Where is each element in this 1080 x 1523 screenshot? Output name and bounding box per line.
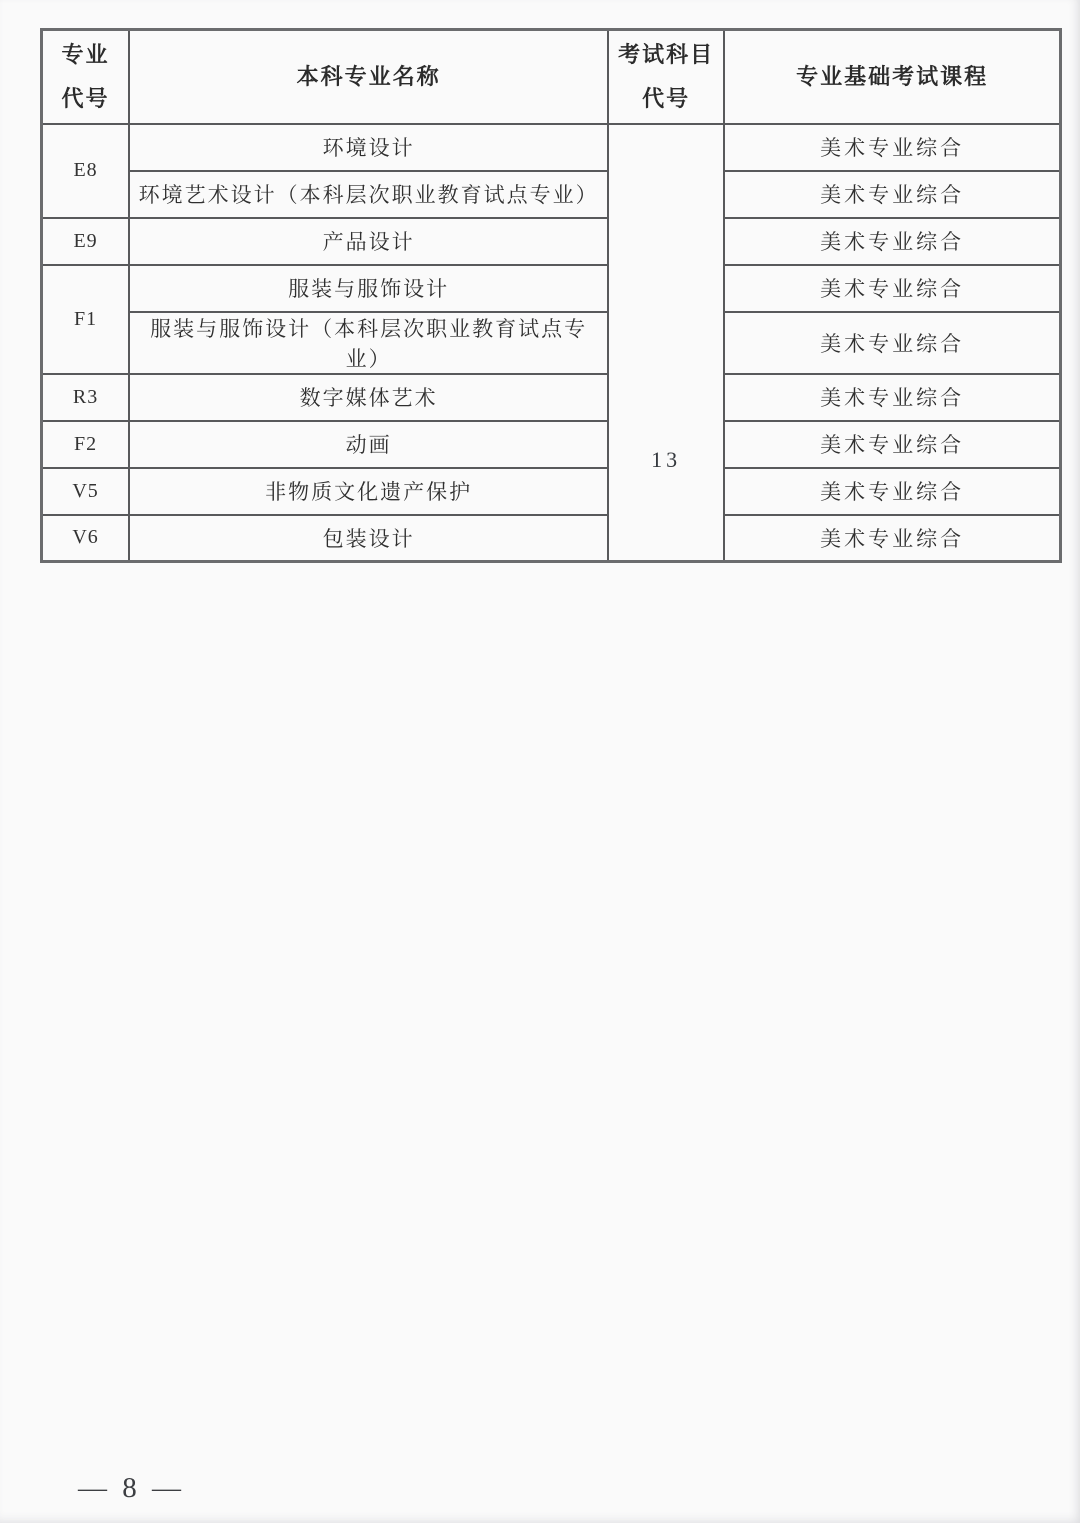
foundation-course-cell: 美术专业综合	[724, 265, 1060, 312]
table-row: E8环境设计13美术专业综合	[42, 124, 1061, 171]
majors-exam-table: 专业 代号 本科专业名称 考试科目 代号 专业基础考试课程 E8环境设计13美术…	[40, 28, 1062, 563]
major-code-cell: V5	[42, 468, 130, 515]
table-row: V6包装设计美术专业综合	[42, 515, 1061, 562]
exam-subject-code-cell: 13	[608, 124, 724, 562]
major-name-cell: 产品设计	[129, 218, 608, 265]
foundation-course-cell: 美术专业综合	[724, 124, 1060, 171]
major-code-cell: R3	[42, 374, 130, 421]
foundation-course-cell: 美术专业综合	[724, 218, 1060, 265]
foundation-course-cell: 美术专业综合	[724, 468, 1060, 515]
table-header-row: 专业 代号 本科专业名称 考试科目 代号 专业基础考试课程	[42, 30, 1061, 124]
major-code-cell: F2	[42, 421, 130, 468]
foundation-course-cell: 美术专业综合	[724, 312, 1060, 374]
col-header-major-name: 本科专业名称	[129, 30, 608, 124]
foundation-course-cell: 美术专业综合	[724, 171, 1060, 218]
exam-subject-code-value: 13	[609, 447, 723, 473]
table-row: F2动画美术专业综合	[42, 421, 1061, 468]
col-header-exam-subject-code: 考试科目 代号	[608, 30, 724, 124]
table-row: R3数字媒体艺术美术专业综合	[42, 374, 1061, 421]
col-header-major-code: 专业 代号	[42, 30, 130, 124]
major-name-cell: 环境设计	[129, 124, 608, 171]
major-name-cell: 服装与服饰设计（本科层次职业教育试点专业）	[129, 312, 608, 374]
major-code-cell: E8	[42, 124, 130, 218]
major-code-cell: E9	[42, 218, 130, 265]
major-name-cell: 动画	[129, 421, 608, 468]
major-name-cell: 非物质文化遗产保护	[129, 468, 608, 515]
table-row: 服装与服饰设计（本科层次职业教育试点专业）美术专业综合	[42, 312, 1061, 374]
table-row: F1服装与服饰设计美术专业综合	[42, 265, 1061, 312]
table-row: E9产品设计美术专业综合	[42, 218, 1061, 265]
major-code-cell: V6	[42, 515, 130, 562]
major-name-cell: 包装设计	[129, 515, 608, 562]
col-header-foundation-course: 专业基础考试课程	[724, 30, 1060, 124]
major-name-cell: 服装与服饰设计	[129, 265, 608, 312]
major-name-cell: 数字媒体艺术	[129, 374, 608, 421]
foundation-course-cell: 美术专业综合	[724, 374, 1060, 421]
major-code-cell: F1	[42, 265, 130, 374]
foundation-course-cell: 美术专业综合	[724, 515, 1060, 562]
document-page: 专业 代号 本科专业名称 考试科目 代号 专业基础考试课程 E8环境设计13美术…	[0, 0, 1080, 1523]
foundation-course-cell: 美术专业综合	[724, 421, 1060, 468]
table-row: 环境艺术设计（本科层次职业教育试点专业）美术专业综合	[42, 171, 1061, 218]
table-row: V5非物质文化遗产保护美术专业综合	[42, 468, 1061, 515]
major-name-cell: 环境艺术设计（本科层次职业教育试点专业）	[129, 171, 608, 218]
page-number: — 8 —	[78, 1472, 185, 1505]
